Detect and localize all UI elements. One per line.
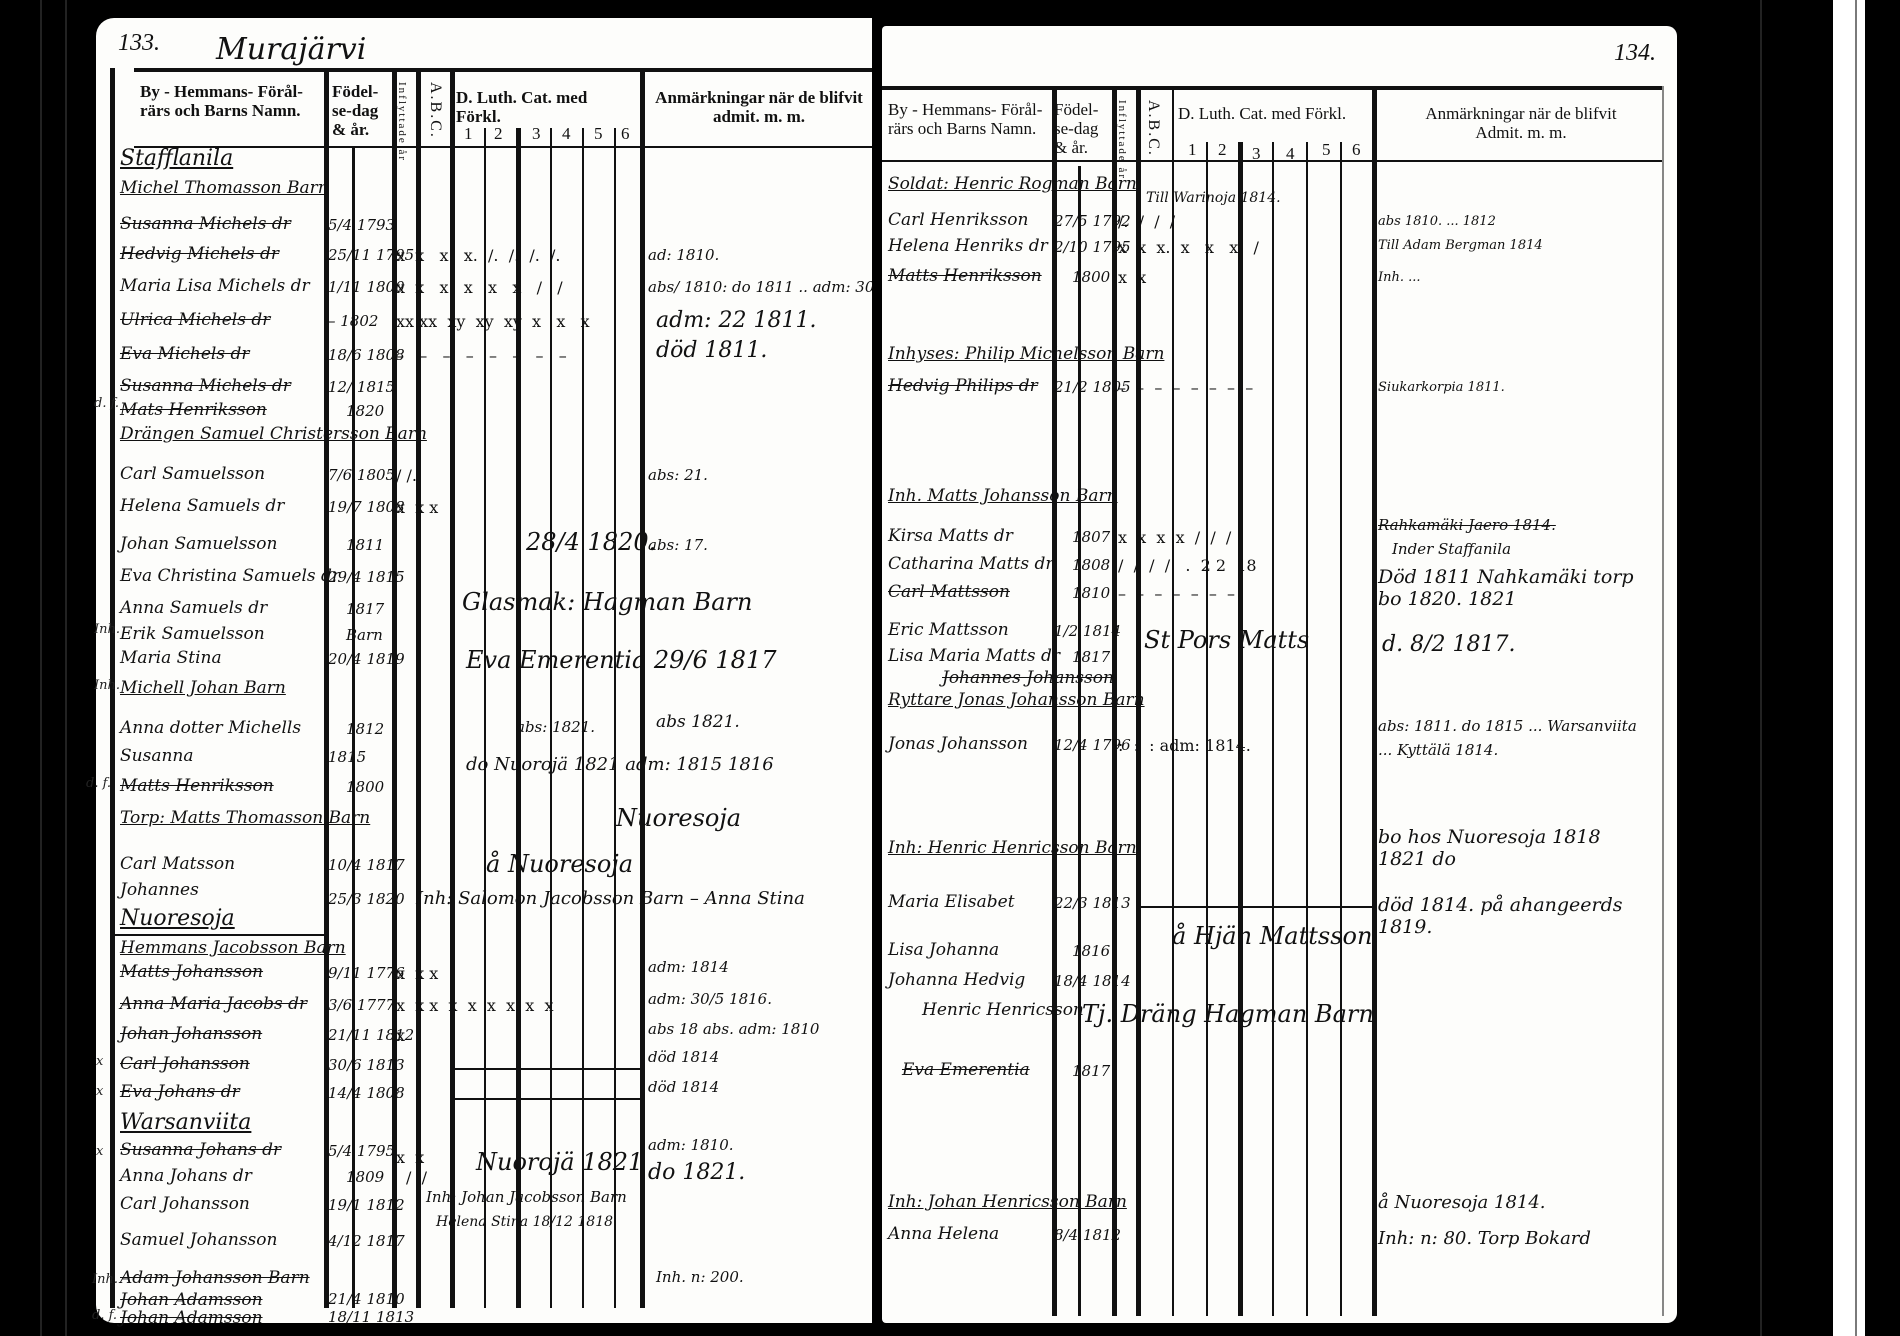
entry-remark: d. 8/2 1817. <box>1382 632 1515 657</box>
entry-overwrite-note: Tj. Dräng Hagman Barn <box>1082 1000 1374 1028</box>
entry-close-rule <box>452 1068 640 1070</box>
entry-household-heading: Drängen Samuel Christersson Barn <box>120 424 427 444</box>
entry-close-rule <box>1138 906 1372 908</box>
entry-household-heading: Inhyses: Philip Michelsson Barn <box>888 344 1164 364</box>
entry-household-heading: Adam Johansson Barn <box>120 1268 310 1288</box>
entry-name: Maria Stina <box>120 648 222 668</box>
header-birth: Födel- se-dag & år. <box>332 82 392 139</box>
entry-remark: Rahkamäki Jaero 1814. <box>1378 516 1556 534</box>
entry-overwrite-note: Glasmak: Hagman Barn <box>462 588 752 616</box>
header-top-rule <box>134 68 878 72</box>
entry-household-heading: Michell Johan Barn <box>120 678 286 698</box>
entry-remark: abs 1810. ... 1812 <box>1378 214 1496 229</box>
column-rule <box>614 128 616 1308</box>
entry-birth-date: 18/4 1814 <box>1054 972 1131 990</box>
entry-remark: Död 1811 Nahkamäki torp bo 1820. 1821 <box>1378 566 1648 610</box>
left-page: 133. Murajärvi By - Hemmans- Förål- rärs… <box>96 18 878 1323</box>
margin-note: Inh. <box>92 1272 118 1287</box>
column-rule <box>1306 142 1308 1316</box>
entry-birth-date: 21/4 1810 <box>328 1290 405 1308</box>
entry-name: Eva Johans dr <box>120 1082 240 1102</box>
entry-name: Eric Mattsson <box>888 620 1009 640</box>
entry-birth-date: 1/2 1814 <box>1054 622 1121 640</box>
entry-catechism-marks: – – – – – – – <box>1118 584 1235 603</box>
section-rule <box>110 934 324 936</box>
entry-birth-date: 18/11 1813 <box>328 1308 414 1326</box>
entry-name: Eva Michels dr <box>120 344 250 364</box>
entry-name: Anna Helena <box>888 1224 999 1244</box>
entry-catechism-marks: / / / / . 2 2 18 <box>1118 556 1257 575</box>
entry-name: Johannes <box>120 880 199 900</box>
entry-name: Matts Johansson <box>120 962 263 982</box>
entry-name: Anna Maria Jacobs dr <box>120 994 307 1014</box>
entry-remark: död 1811. <box>656 338 767 363</box>
cat-col-2: 2 <box>1218 140 1227 160</box>
cat-col-3: 3 <box>532 124 541 144</box>
header-remarks: Anmärkningar när de blifvit admit. m. m. <box>644 88 874 126</box>
entry-village-heading: Stafflanila <box>120 146 233 171</box>
entry-name: Matts Henriksson <box>888 266 1042 286</box>
entry-overwrite-note: Eva Emerentia 29/6 1817 <box>466 646 777 674</box>
header-names: By - Hemmans- Förål- rärs och Barns Namn… <box>888 100 1048 138</box>
entry-remark: Inh. n: 200. <box>656 1268 744 1286</box>
entry-remark: död 1814 <box>648 1078 719 1096</box>
entry-catechism-marks: – – – – – – – – <box>396 346 567 365</box>
entry-overwrite-note: abs 1821. <box>656 712 740 732</box>
cat-col-5: 5 <box>594 124 603 144</box>
entry-name: Carl Johansson <box>120 1194 250 1214</box>
entry-name: Kirsa Matts dr <box>888 526 1013 546</box>
entry-catechism-marks: x x x x x x x x x <box>396 996 554 1015</box>
entry-name: Hedvig Michels dr <box>120 244 279 264</box>
header-catechism: D. Luth. Cat. med Förkl. <box>1178 104 1378 123</box>
entry-household-heading: Inh. Matts Johansson Barn <box>888 486 1118 506</box>
village-title: Murajärvi <box>216 32 366 67</box>
entry-village-heading: Nuoresoja <box>120 906 235 931</box>
entry-overwrite-note: å Nuoresoja <box>486 850 633 878</box>
entry-catechism-marks: /. / / / <box>1118 212 1175 231</box>
entry-remark: do 1821. <box>648 1160 745 1185</box>
cat-col-4: 4 <box>562 124 571 144</box>
margin-note: d. f. <box>86 776 111 791</box>
entry-name: Erik Samuelsson <box>120 624 265 644</box>
entry-remark: abs: 21. <box>648 466 708 484</box>
entry-remark: abs 18 abs. adm: 1810 <box>648 1020 819 1038</box>
entry-overwrite-note: å Hjän Mattsson <box>1172 922 1372 950</box>
entry-birth-date: 1808 <box>1072 556 1110 574</box>
entry-birth-date: 30/6 1813 <box>328 1056 405 1074</box>
entry-birth-date: 12/ 1815 <box>328 378 395 396</box>
entry-remark: Inh: n: 80. Torp Bokard <box>1378 1228 1591 1249</box>
entry-birth-date: 10/4 1817 <box>328 856 405 874</box>
margin-note: Inh. <box>94 678 120 693</box>
header-bottom-rule <box>134 146 878 148</box>
entry-name: Anna Samuels dr <box>120 598 267 618</box>
entry-household-heading: Inh: Henric Henricsson Barn <box>888 838 1137 858</box>
entry-catechism-marks: x x <box>1118 268 1146 287</box>
entry-overwrite-note: Inh: Salomon Jacobsson Barn – Anna Stina <box>416 888 805 909</box>
binding-edge-line <box>1760 0 1762 1336</box>
entry-catechism-marks: x x x <box>396 498 438 517</box>
entry-remark: abs: 1811. do 1815 ... Warsanviita ... K… <box>1378 714 1638 762</box>
entry-name: Matts Henriksson <box>120 776 274 796</box>
entry-birth-date: 1/11 1800 <box>328 278 405 296</box>
entry-birth-date: 19/7 1808 <box>328 498 405 516</box>
entry-remark: Till Adam Bergman 1814 <box>1378 238 1543 253</box>
entry-remark: å Nuoresoja 1814. <box>1378 1192 1546 1213</box>
cat-col-6: 6 <box>1352 140 1361 160</box>
entry-catechism-marks: x x x. x x x / <box>1118 238 1259 257</box>
entry-name: Carl Mattsson <box>888 582 1010 602</box>
entry-name: Hedvig Philips dr <box>888 376 1038 396</box>
entry-name: Maria Lisa Michels dr <box>120 276 310 296</box>
entry-remark: adm: 1810. <box>648 1136 734 1154</box>
entry-birth-date: 1815 <box>328 748 366 766</box>
cat-col-5: 5 <box>1322 140 1331 160</box>
column-rule <box>640 68 645 1308</box>
margin-note: x <box>96 1054 103 1069</box>
entry-name: Susanna <box>120 746 194 766</box>
entry-overwrite-note: Helena Stina 18/12 1818 <box>436 1214 613 1230</box>
entry-overwrite-note: Nuorojä 1821 <box>476 1148 643 1176</box>
entry-remark: abs: 17. <box>648 536 708 554</box>
margin-note: x <box>96 1084 103 1099</box>
entry-birth-date: 1811 <box>346 536 384 554</box>
entry-catechism-marks: / /. <box>396 466 417 485</box>
entry-birth-date: 1800 <box>346 778 384 796</box>
entry-catechism-marks: x x x x / / / <box>1118 528 1231 547</box>
entry-birth-date: 1817 <box>346 600 384 618</box>
entry-overwrite-note: 28/4 1820. <box>526 528 656 556</box>
entry-name: Catharina Matts dr <box>888 554 1053 574</box>
entry-birth-date: 1817 <box>1072 648 1110 666</box>
entry-household-heading: Ryttare Jonas Johansson Barn <box>888 690 1145 710</box>
entry-birth-date: 1810 <box>1072 584 1110 602</box>
entry-name: Susanna Johans dr <box>120 1140 281 1160</box>
header-inflyttade: Inflyttade år <box>1116 100 1128 180</box>
entry-name: Johan Johansson <box>120 1024 262 1044</box>
entry-remark: Inh. ... <box>1378 270 1421 285</box>
entry-name: Carl Henriksson <box>888 210 1028 230</box>
margin-note: Inh. <box>94 622 120 637</box>
entry-birth-date: 5/4 1793 <box>328 216 395 234</box>
entry-name: Eva Christina Samuels dr <box>120 566 340 586</box>
entry-name: Lisa Maria Matts dr <box>888 646 1060 666</box>
entry-name: Helena Henriks dr <box>888 236 1048 256</box>
entry-birth-date: 1816 <box>1072 942 1110 960</box>
entry-birth-date: 1800 <box>1072 268 1110 286</box>
entry-name: Johannes Johansson <box>942 668 1114 688</box>
entry-name: Eva Emerentia <box>902 1060 1030 1080</box>
entry-catechism-marks: x <box>396 1026 405 1045</box>
entry-household-heading: Hemmans Jacobsson Barn <box>120 938 346 958</box>
entry-remark: ad: 1810. <box>648 246 719 264</box>
entry-birth-date: 1809 <box>346 1168 384 1186</box>
page-number-left: 133. <box>118 30 160 57</box>
page-number-right: 134. <box>1614 40 1656 67</box>
entry-birth-date: 3/6 1777 <box>328 996 395 1014</box>
header-abc: A.B.C. <box>426 82 444 139</box>
cat-col-1: 1 <box>464 124 473 144</box>
entry-village-heading: Warsanviita <box>120 1110 251 1135</box>
margin-note: d. f. <box>94 396 119 411</box>
entry-birth-date: 9/11 1776 <box>328 964 405 982</box>
entry-name: Carl Johansson <box>120 1054 250 1074</box>
right-page: 134. By - Hemmans- Förål- rärs och Barns… <box>882 26 1677 1323</box>
header-top-rule <box>882 86 1662 90</box>
entry-remark: adm: 22 1811. <box>656 308 816 333</box>
entry-birth-date: 22/3 1813 <box>1054 894 1131 912</box>
entry-overwrite-note: St Pors Matts <box>1144 626 1309 654</box>
entry-remark: adm: 1814 <box>648 958 729 976</box>
column-rule <box>1238 142 1243 1316</box>
entry-household-heading: Inh: Johan Henricsson Barn <box>888 1192 1127 1212</box>
header-birth: Födel- se-dag & år. <box>1054 100 1112 157</box>
entry-name: Samuel Johansson <box>120 1230 277 1250</box>
entry-birth-date: 14/4 1808 <box>328 1084 405 1102</box>
entry-catechism-marks: : : : adm: 1814. <box>1118 736 1251 755</box>
column-rule <box>1272 142 1274 1316</box>
column-rule <box>1172 86 1174 1316</box>
margin-note: x <box>96 1144 103 1159</box>
entry-catechism-marks: x x x <box>396 964 438 983</box>
entry-remark: Siukarkorpia 1811. <box>1378 380 1505 395</box>
entry-name: Anna Johans dr <box>120 1166 252 1186</box>
column-rule <box>484 128 486 1308</box>
entry-remark: Inder Staffanila <box>1392 540 1511 558</box>
entry-catechism-marks: x x x. x. /. /. /. /. <box>396 246 560 265</box>
entry-name: Johan Adamsson <box>120 1290 263 1310</box>
entry-catechism-marks: / / <box>406 1168 427 1187</box>
entry-birth-date: Barn <box>346 626 383 644</box>
entry-name: Carl Samuelsson <box>120 464 265 484</box>
entry-name: Johan Samuelsson <box>120 534 277 554</box>
entry-name: Johan Adamsson <box>120 1308 263 1328</box>
column-rule <box>1662 86 1664 1316</box>
entry-name: Ulrica Michels dr <box>120 310 270 330</box>
margin-note: d. f. <box>92 1308 117 1323</box>
entry-overwrite-note: do Nuorojä 1821 adm: 1815 1816 <box>466 754 774 775</box>
entry-catechism-marks: x x <box>396 1148 424 1167</box>
entry-birth-date: 19/1 1812 <box>328 1196 405 1214</box>
entry-name: Lisa Johanna <box>888 940 999 960</box>
entry-birth-date: 4/12 1817 <box>328 1232 405 1250</box>
entry-household-heading: Torp: Matts Thomasson Barn <box>120 808 370 828</box>
entry-close-rule <box>452 1098 640 1100</box>
header-names: By - Hemmans- Förål- rärs och Barns Namn… <box>140 82 320 120</box>
entry-birth-date: 1812 <box>346 720 384 738</box>
entry-birth-date: 1820 <box>346 402 384 420</box>
header-catechism: D. Luth. Cat. med Förkl. <box>456 88 636 126</box>
entry-remark: abs: 1821. <box>516 718 595 736</box>
entry-birth-date: 25/3 1820 <box>328 890 405 908</box>
entry-birth-date: 18/6 1808 <box>328 346 405 364</box>
column-rule <box>1372 86 1377 1316</box>
entry-catechism-marks: xx xx xy xy xy x x x <box>396 312 590 331</box>
entry-name: Henric Henricsson <box>922 1000 1084 1020</box>
entry-name: Mats Henriksson <box>120 400 267 420</box>
entry-remark: död 1814 <box>648 1048 719 1066</box>
entry-birth-date: 8/4 1812 <box>1054 1226 1121 1244</box>
entry-catechism-marks: x x x x x x / / <box>396 278 563 297</box>
header-inflyttade: Inflyttade år <box>396 82 408 162</box>
entry-catechism-marks: – – – – – – – – <box>1118 378 1253 397</box>
entry-birth-date: 1817 <box>1072 1062 1110 1080</box>
entry-name: Susanna Michels dr <box>120 376 291 396</box>
entry-birth-date: 1807 <box>1072 528 1110 546</box>
entry-name: Helena Samuels dr <box>120 496 284 516</box>
entry-remark: bo hos Nuoresoja 1818 1821 do <box>1378 826 1648 870</box>
cat-col-1: 1 <box>1188 140 1197 160</box>
entry-name: Johanna Hedvig <box>888 970 1025 990</box>
cat-col-2: 2 <box>494 124 503 144</box>
entry-birth-date: 20/4 1819 <box>328 650 405 668</box>
entry-overwrite-note: Till Warinoja 1814. <box>1146 190 1281 206</box>
entry-name: Maria Elisabet <box>888 892 1015 912</box>
entry-household-heading: Michel Thomasson Barn <box>120 178 329 198</box>
entry-household-heading: Soldat: Henric Rogman Barn <box>888 174 1137 194</box>
header-remarks: Anmärkningar när de blifvit Admit. m. m. <box>1386 104 1656 142</box>
entry-overwrite-note: Inh: Johan Jacobsson Barn <box>426 1188 627 1206</box>
entry-name: Jonas Johansson <box>888 734 1028 754</box>
entry-overwrite-note: Nuoresoja <box>616 804 741 832</box>
right-margin-strip <box>1833 0 1865 1336</box>
entry-birth-date: 5/4 1795 <box>328 1142 395 1160</box>
entry-birth-date: 29/4 1815 <box>328 568 405 586</box>
entry-birth-date: 7/6 1805 <box>328 466 395 484</box>
column-rule <box>1340 142 1342 1316</box>
binding-edge-line <box>40 0 42 1336</box>
entry-name: Anna dotter Michells <box>120 718 301 738</box>
header-abc: A.B.C. <box>1144 100 1162 157</box>
entry-birth-date: – 1802 <box>328 312 378 330</box>
entry-remark: död 1814. på ahangeerds 1819. <box>1378 894 1638 938</box>
cat-col-6: 6 <box>621 124 630 144</box>
entry-remark: adm: 30/5 1816. <box>648 990 772 1008</box>
binding-edge-line <box>65 0 67 1336</box>
entry-name: Carl Matsson <box>120 854 235 874</box>
entry-name: Susanna Michels dr <box>120 214 291 234</box>
column-rule <box>1206 142 1208 1316</box>
